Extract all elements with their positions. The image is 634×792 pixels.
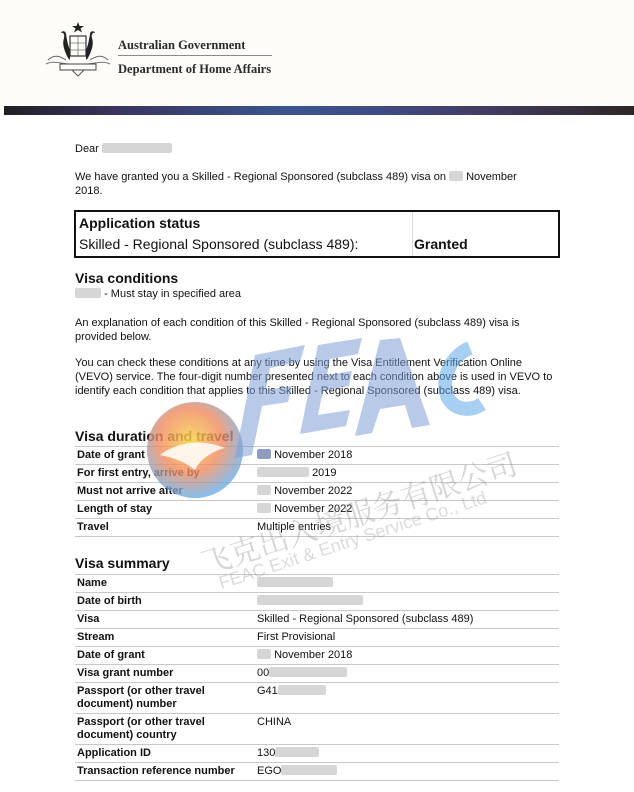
coat-of-arms-icon (40, 20, 116, 80)
application-status-box: Application status Skilled - Regional Sp… (74, 210, 560, 258)
row-value: November 2018 (255, 647, 559, 665)
row-value: 130 (255, 745, 559, 763)
visa-summary-heading: Visa summary (75, 555, 170, 571)
status-badge: Granted (414, 236, 468, 252)
row-value (255, 575, 559, 593)
intro-month: November (466, 171, 517, 183)
visa-duration-heading: Visa duration and travel (75, 428, 233, 444)
table-row: Must not arrive after November 2022 (75, 483, 559, 501)
redacted-condition-code (75, 288, 101, 298)
conditions-explanation: An explanation of each condition of this… (75, 316, 559, 344)
row-label: Date of grant (75, 447, 255, 465)
row-label: Transaction reference number (75, 763, 255, 781)
row-label: Visa (75, 611, 255, 629)
row-value: EGO (255, 763, 559, 781)
table-row: Length of stay November 2022 (75, 501, 559, 519)
table-row: For first entry, arrive by 2019 (75, 465, 559, 483)
table-row: Date of grant November 2018 (75, 647, 559, 665)
row-value: Skilled - Regional Sponsored (subclass 4… (255, 611, 559, 629)
table-row: Visa Skilled - Regional Sponsored (subcl… (75, 611, 559, 629)
row-label: Travel (75, 519, 255, 537)
table-row: Visa grant number 00 (75, 665, 559, 683)
table-row: Transaction reference number EGO (75, 763, 559, 781)
row-value: Multiple entries (255, 519, 559, 537)
row-label: For first entry, arrive by (75, 465, 255, 483)
government-name: Australian Government (118, 38, 245, 53)
table-row: Date of grant November 2018 (75, 447, 559, 465)
row-value (255, 593, 559, 611)
status-title: Application status (79, 215, 200, 231)
row-label: Visa grant number (75, 665, 255, 683)
row-label: Application ID (75, 745, 255, 763)
row-value: November 2022 (255, 501, 559, 519)
condition-text: - Must stay in specified area (104, 288, 241, 300)
intro-year: 2018. (75, 185, 103, 197)
table-row: Passport (or other travel document) coun… (75, 714, 559, 745)
row-label: Stream (75, 629, 255, 647)
divider (118, 55, 272, 56)
table-row: Stream First Provisional (75, 629, 559, 647)
visa-duration-table: Date of grant November 2018 For first en… (75, 446, 559, 537)
intro-text: We have granted you a Skilled - Regional… (75, 171, 446, 183)
row-label: Passport (or other travel document) numb… (75, 683, 255, 714)
redacted-day (449, 171, 463, 181)
vevo-note: You can check these conditions at any ti… (75, 356, 559, 398)
row-label: Date of birth (75, 593, 255, 611)
table-row: Passport (or other travel document) numb… (75, 683, 559, 714)
salutation: Dear (75, 143, 559, 155)
row-label: Length of stay (75, 501, 255, 519)
table-row: Application ID 130 (75, 745, 559, 763)
row-value: CHINA (255, 714, 559, 745)
row-value: November 2018 (255, 447, 559, 465)
letterhead: Australian Government Department of Home… (0, 0, 634, 106)
row-value: G41 (255, 683, 559, 714)
salutation-text: Dear (75, 143, 99, 155)
row-label: Name (75, 575, 255, 593)
status-label: Skilled - Regional Sponsored (subclass 4… (79, 236, 358, 252)
table-row: Date of birth (75, 593, 559, 611)
row-label: Must not arrive after (75, 483, 255, 501)
header-band (4, 106, 634, 115)
visa-conditions-heading: Visa conditions (75, 270, 178, 286)
row-value: 00 (255, 665, 559, 683)
grant-intro: We have granted you a Skilled - Regional… (75, 170, 559, 198)
condition-item: - Must stay in specified area (75, 288, 559, 300)
redacted-name (102, 143, 172, 153)
table-row: Travel Multiple entries (75, 519, 559, 537)
department-name: Department of Home Affairs (118, 62, 271, 77)
row-label: Passport (or other travel document) coun… (75, 714, 255, 745)
row-value: November 2022 (255, 483, 559, 501)
table-row: Name (75, 575, 559, 593)
visa-summary-table: Name Date of birth Visa Skilled - Region… (75, 574, 559, 781)
divider (412, 212, 413, 256)
row-label: Date of grant (75, 647, 255, 665)
row-value: 2019 (255, 465, 559, 483)
row-value: First Provisional (255, 629, 559, 647)
